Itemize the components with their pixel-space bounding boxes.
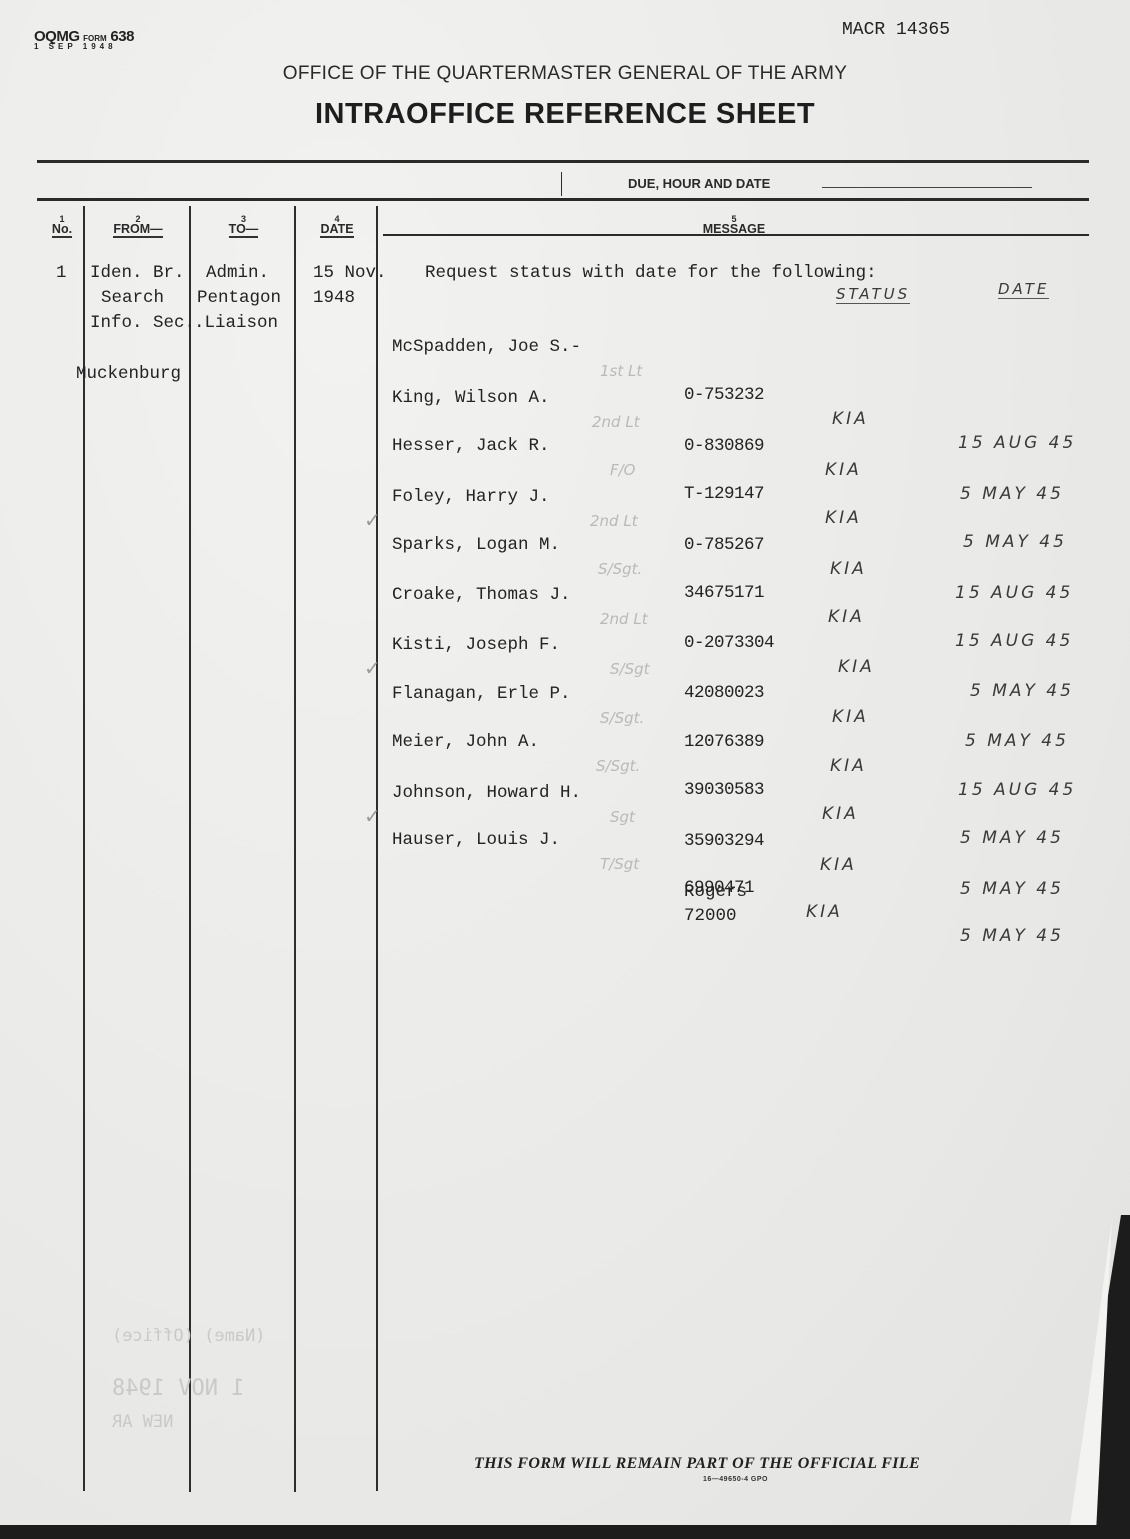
person-name: Foley, Harry J. [392, 485, 550, 509]
person-name: Hauser, Louis J. [392, 828, 560, 852]
header-rule [37, 198, 1089, 201]
column-header-to: 3 TO— [192, 214, 295, 238]
print-code: 16—49650-4 GPO [703, 1476, 768, 1483]
personnel-row: Hauser, Louis J. T/Sgt 6990471 KIA 5 MAY… [0, 804, 1130, 972]
date-header-text: DATE [998, 280, 1049, 299]
column-header-message: 5 MESSAGE [379, 214, 1089, 234]
column-header-no: 1 No. [40, 214, 84, 238]
rank-note: T/Sgt [600, 852, 639, 876]
message-rule [383, 234, 1089, 236]
from-line-1: Iden. Br. [90, 261, 185, 285]
due-divider [561, 172, 562, 196]
top-rule [37, 160, 1089, 163]
person-name: Johnson, Howard H. [392, 781, 581, 805]
column-label: TO— [229, 224, 259, 238]
form-date: 1 SEP 1948 [34, 42, 117, 51]
entry-number: 1 [56, 261, 67, 285]
column-header-from: 2 FROM— [86, 214, 190, 238]
agency-title: OFFICE OF THE QUARTERMASTER GENERAL OF T… [0, 63, 1130, 85]
stamp-line: (Name) (Office) [112, 1326, 266, 1346]
signature-name: Rogers [684, 880, 747, 904]
date-header-handwritten: DATE [998, 280, 1049, 298]
person-name: Kisti, Joseph F. [392, 633, 560, 657]
due-field[interactable] [822, 187, 1032, 188]
to-line-1: Admin. [206, 261, 269, 285]
footer-notice: THIS FORM WILL REMAIN PART OF THE OFFICI… [474, 1455, 920, 1473]
column-label: FROM— [113, 224, 162, 238]
column-label: DATE [320, 224, 353, 238]
stamp-line: 1 NOV 1948 [112, 1376, 244, 1401]
status-header-text: STATUS [836, 285, 910, 304]
person-name: Flanagan, Erle P. [392, 682, 571, 706]
person-name: McSpadden, Joe S.- [392, 335, 581, 359]
message-intro: Request status with date for the followi… [425, 261, 877, 285]
column-label: No. [52, 224, 72, 238]
status-value: KIA [806, 900, 843, 924]
person-name: Croake, Thomas J. [392, 583, 571, 607]
sheet-title: INTRAOFFICE REFERENCE SHEET [0, 98, 1130, 131]
person-name: King, Wilson A. [392, 386, 550, 410]
to-line-2: Pentagon [197, 286, 281, 310]
status-header-handwritten: STATUS [836, 285, 910, 303]
stamp-line: NEW AR [112, 1412, 173, 1432]
date-line-2: 1948 [313, 286, 355, 310]
macr-reference: MACR 14365 [842, 20, 950, 40]
person-name: Hesser, Jack R. [392, 434, 550, 458]
person-name: Sparks, Logan M. [392, 533, 560, 557]
document-page: OQMG FORM 638 1 SEP 1948 MACR 14365 OFFI… [0, 0, 1130, 1525]
date-value: 5 MAY 45 [960, 924, 1064, 948]
signature-extension: 72000 [684, 904, 737, 928]
person-name: Meier, John A. [392, 730, 539, 754]
column-header-date: 4 DATE [297, 214, 377, 238]
due-label: DUE, HOUR AND DATE [628, 176, 770, 191]
from-line-2: Search [101, 286, 164, 310]
date-line-1: 15 Nov. [313, 261, 387, 285]
